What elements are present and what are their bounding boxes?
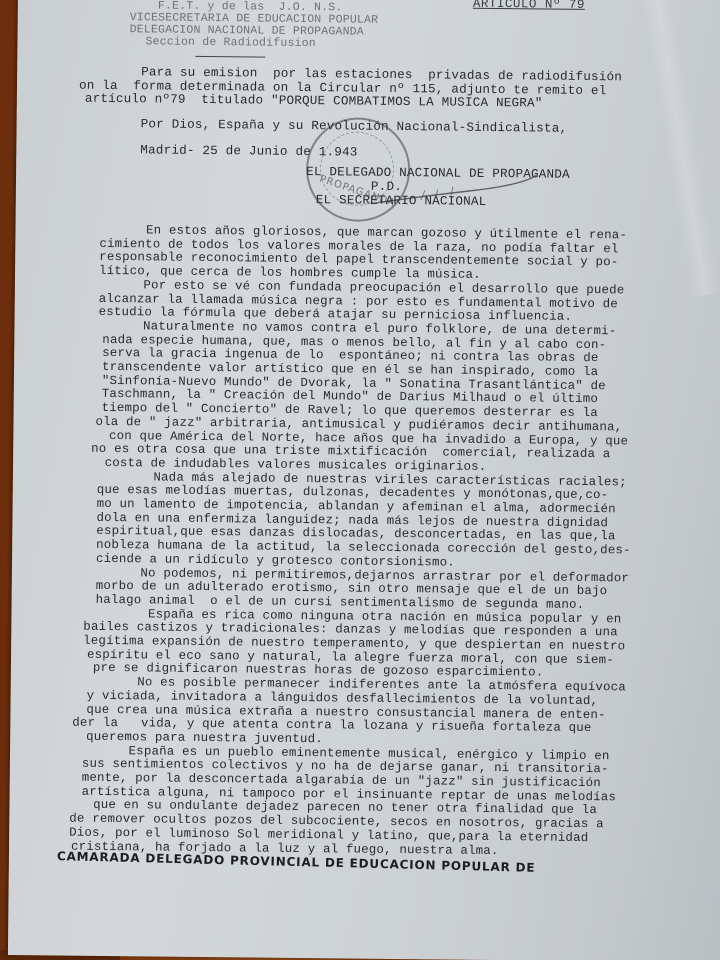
typewritten-document: F.E.T. y de las J.O. N.S. VICESECRETARIA… — [8, 0, 720, 960]
letterhead-line: Seccion de Radiodifusion — [145, 35, 316, 50]
handwritten-signature-icon — [361, 170, 541, 212]
article-number: ARTICULO Nº 79 — [473, 0, 585, 12]
separator-rule — [195, 56, 265, 58]
